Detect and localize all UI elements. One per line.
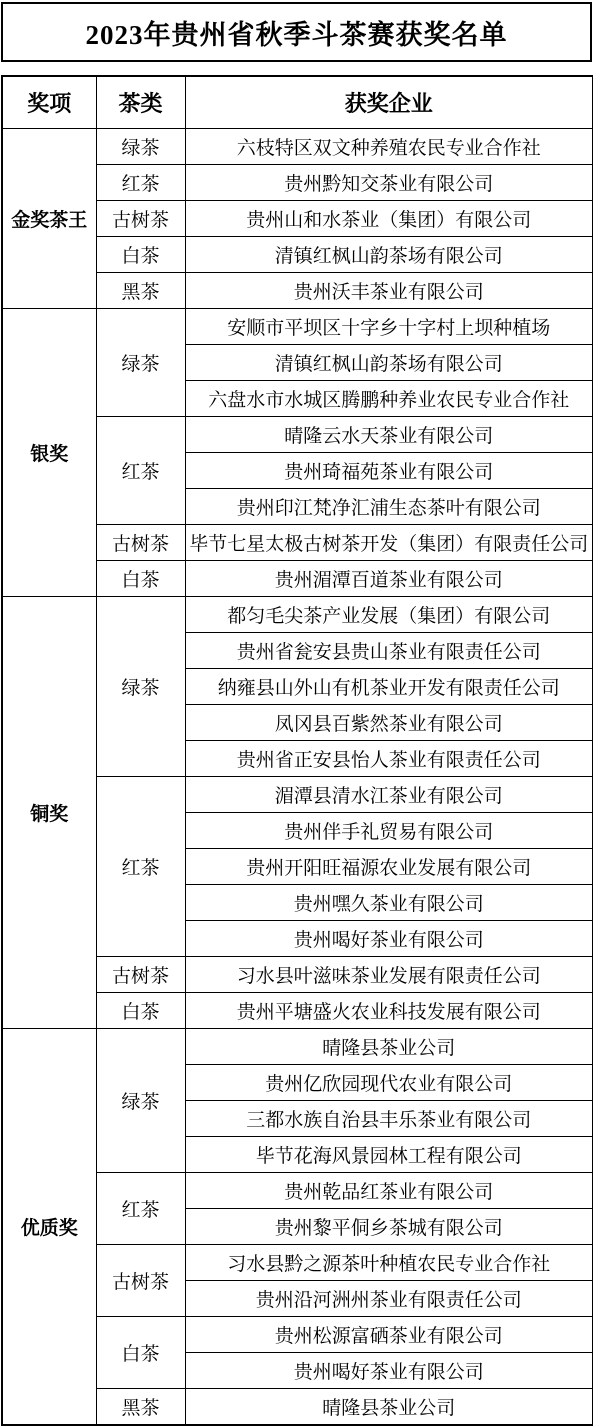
company-cell: 贵州印江梵净汇浦生态茶叶有限公司 <box>185 489 593 525</box>
column-header-0: 奖项 <box>2 76 96 129</box>
company-cell: 贵州山和水茶业（集团）有限公司 <box>185 201 593 237</box>
tea-type-cell: 白茶 <box>96 561 185 597</box>
company-cell: 贵州沃丰茶业有限公司 <box>185 273 593 309</box>
document-title-box: 2023年贵州省秋季斗茶赛获奖名单 <box>1 2 592 62</box>
company-cell: 贵州省正安县怡人茶业有限责任公司 <box>185 741 593 777</box>
page: 2023年贵州省秋季斗茶赛获奖名单 奖项茶类获奖企业 金奖茶王绿茶六枝特区双文种… <box>0 0 593 1426</box>
award-cell: 银奖 <box>2 309 96 597</box>
tea-type-cell: 古树茶 <box>96 957 185 993</box>
company-cell: 晴隆县茶业公司 <box>185 1389 593 1426</box>
company-cell: 毕节七星太极古树茶开发（集团）有限责任公司 <box>185 525 593 561</box>
awards-table: 奖项茶类获奖企业 金奖茶王绿茶六枝特区双文种养殖农民专业合作社红茶贵州黔知交茶业… <box>1 75 593 1426</box>
tea-type-cell: 红茶 <box>96 165 185 201</box>
company-cell: 晴隆云水天茶业有限公司 <box>185 417 593 453</box>
award-cell: 优质奖 <box>2 1029 96 1426</box>
tea-type-cell: 红茶 <box>96 1173 185 1245</box>
table-header: 奖项茶类获奖企业 <box>2 76 593 129</box>
company-cell: 贵州黎平侗乡茶城有限公司 <box>185 1209 593 1245</box>
tea-type-cell: 绿茶 <box>96 597 185 777</box>
company-cell: 凤冈县百紫然茶业有限公司 <box>185 705 593 741</box>
tea-type-cell: 白茶 <box>96 993 185 1029</box>
company-cell: 贵州湄潭百道茶业有限公司 <box>185 561 593 597</box>
tea-type-cell: 绿茶 <box>96 129 185 165</box>
company-cell: 毕节花海风景园林工程有限公司 <box>185 1137 593 1173</box>
table-row: 铜奖绿茶都匀毛尖茶产业发展（集团）有限公司 <box>2 597 593 633</box>
tea-type-cell: 白茶 <box>96 237 185 273</box>
company-cell: 习水县叶滋味茶业发展有限责任公司 <box>185 957 593 993</box>
column-header-2: 获奖企业 <box>185 76 593 129</box>
tea-type-cell: 绿茶 <box>96 309 185 417</box>
tea-type-cell: 古树茶 <box>96 201 185 237</box>
company-cell: 六枝特区双文种养殖农民专业合作社 <box>185 129 593 165</box>
tea-type-cell: 白茶 <box>96 1317 185 1389</box>
company-cell: 贵州开阳旺福源农业发展有限公司 <box>185 849 593 885</box>
company-cell: 贵州乾品红茶业有限公司 <box>185 1173 593 1209</box>
column-header-1: 茶类 <box>96 76 185 129</box>
company-cell: 都匀毛尖茶产业发展（集团）有限公司 <box>185 597 593 633</box>
tea-type-cell: 古树茶 <box>96 525 185 561</box>
award-cell: 金奖茶王 <box>2 129 96 309</box>
header-row: 奖项茶类获奖企业 <box>2 76 593 129</box>
company-cell: 纳雍县山外山有机茶业开发有限责任公司 <box>185 669 593 705</box>
tea-type-cell: 黑茶 <box>96 273 185 309</box>
company-cell: 贵州喝好茶业有限公司 <box>185 921 593 957</box>
company-cell: 清镇红枫山韵茶场有限公司 <box>185 237 593 273</box>
company-cell: 贵州嘿久茶业有限公司 <box>185 885 593 921</box>
tea-type-cell: 绿茶 <box>96 1029 185 1173</box>
company-cell: 六盘水市水城区腾鹏种养业农民专业合作社 <box>185 381 593 417</box>
tea-type-cell: 古树茶 <box>96 1245 185 1317</box>
award-cell: 铜奖 <box>2 597 96 1029</box>
company-cell: 安顺市平坝区十字乡十字村上坝种植场 <box>185 309 593 345</box>
company-cell: 清镇红枫山韵茶场有限公司 <box>185 345 593 381</box>
company-cell: 贵州琦福苑茶业有限公司 <box>185 453 593 489</box>
company-cell: 贵州喝好茶业有限公司 <box>185 1353 593 1389</box>
table-row: 银奖绿茶安顺市平坝区十字乡十字村上坝种植场 <box>2 309 593 345</box>
table-row: 金奖茶王绿茶六枝特区双文种养殖农民专业合作社 <box>2 129 593 165</box>
company-cell: 贵州伴手礼贸易有限公司 <box>185 813 593 849</box>
company-cell: 贵州松源富硒茶业有限公司 <box>185 1317 593 1353</box>
tea-type-cell: 红茶 <box>96 777 185 957</box>
table-body: 金奖茶王绿茶六枝特区双文种养殖农民专业合作社红茶贵州黔知交茶业有限公司古树茶贵州… <box>2 129 593 1426</box>
company-cell: 三都水族自治县丰乐茶业有限公司 <box>185 1101 593 1137</box>
company-cell: 湄潭县清水江茶业有限公司 <box>185 777 593 813</box>
company-cell: 贵州省瓮安县贵山茶业有限责任公司 <box>185 633 593 669</box>
company-cell: 习水县黔之源茶叶种植农民专业合作社 <box>185 1245 593 1281</box>
company-cell: 贵州黔知交茶业有限公司 <box>185 165 593 201</box>
company-cell: 贵州亿欣园现代农业有限公司 <box>185 1065 593 1101</box>
tea-type-cell: 红茶 <box>96 417 185 525</box>
company-cell: 贵州平塘盛火农业科技发展有限公司 <box>185 993 593 1029</box>
document-title: 2023年贵州省秋季斗茶赛获奖名单 <box>86 13 508 52</box>
table-row: 优质奖绿茶晴隆县茶业公司 <box>2 1029 593 1065</box>
tea-type-cell: 黑茶 <box>96 1389 185 1426</box>
company-cell: 贵州沿河洲州茶业有限责任公司 <box>185 1281 593 1317</box>
company-cell: 晴隆县茶业公司 <box>185 1029 593 1065</box>
